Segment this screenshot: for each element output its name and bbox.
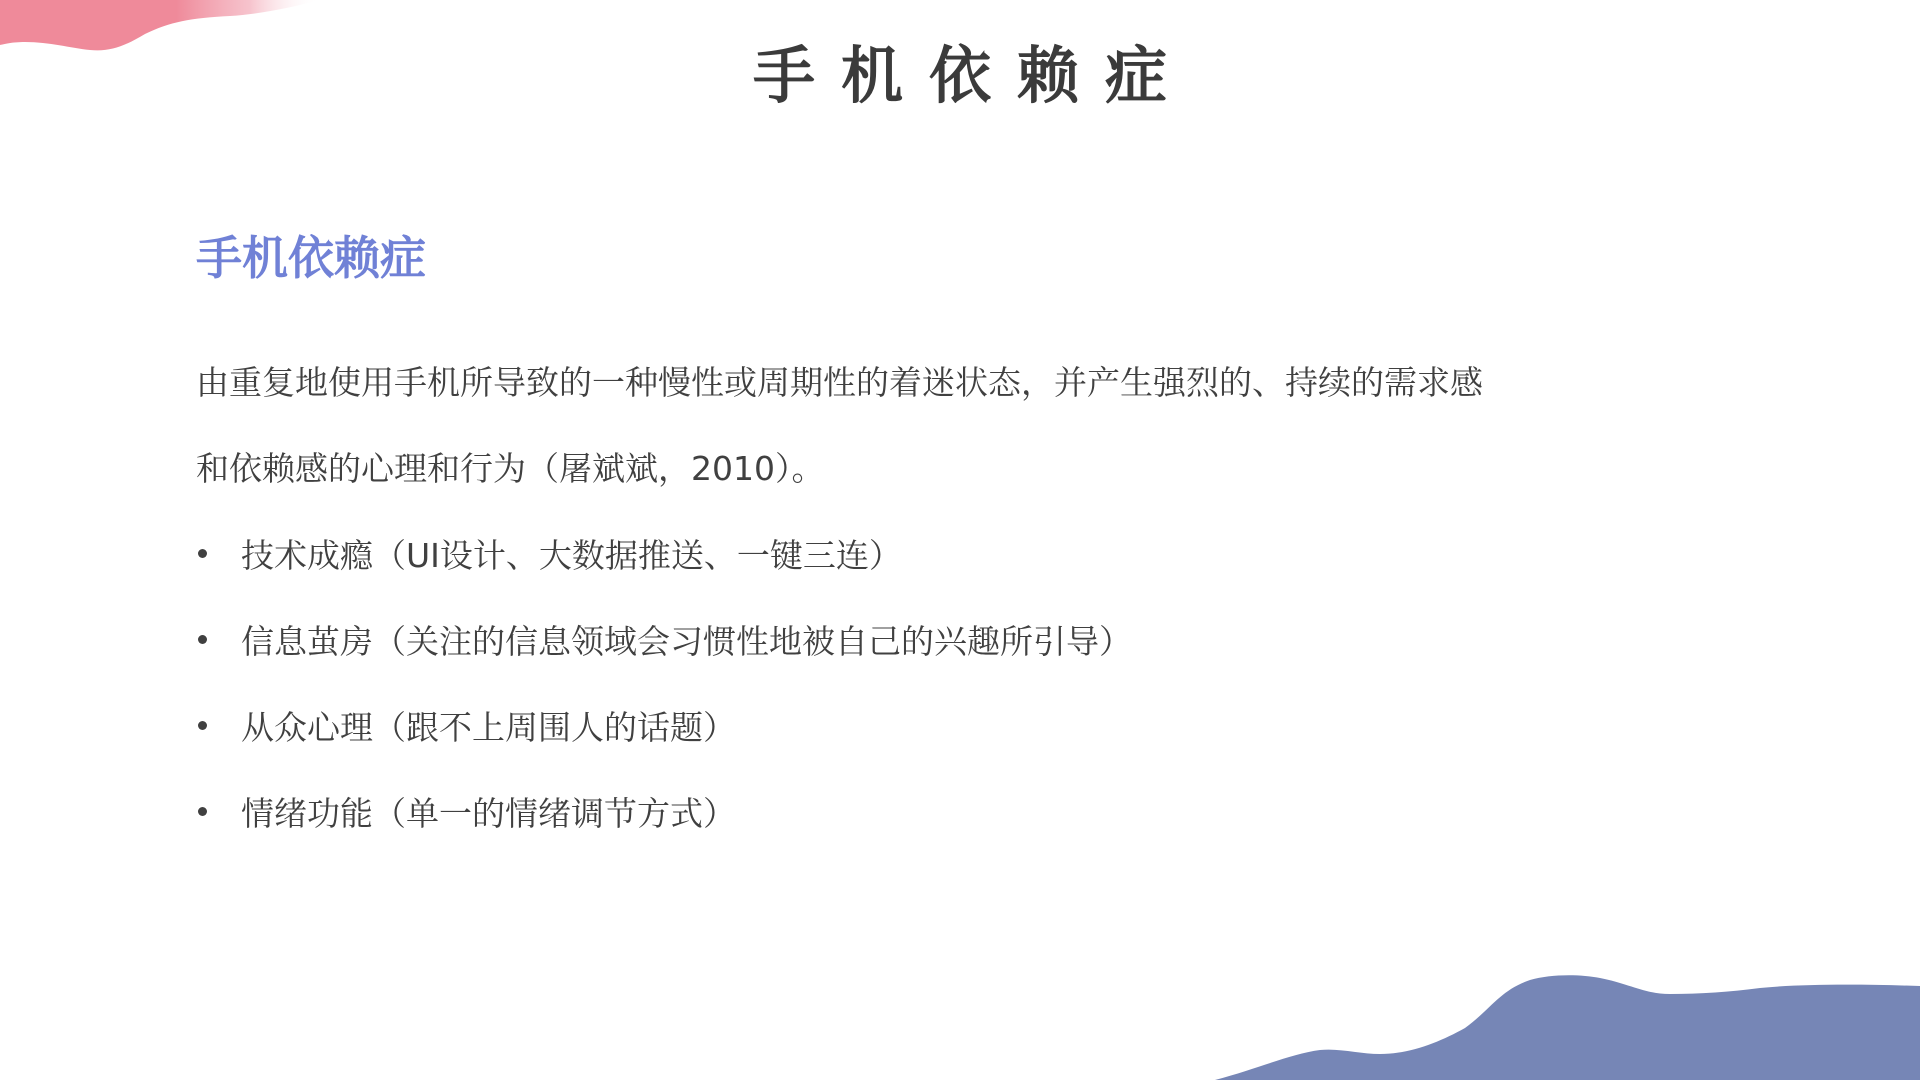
bullet-dot-icon <box>198 807 207 816</box>
bullet-dot-icon <box>198 549 207 558</box>
bullet-item-tech-addiction: 技术成瘾（UI设计、大数据推送、一键三连） <box>196 510 1132 596</box>
definition-paragraph: 由重复地使用手机所导致的一种慢性或周期性的着迷状态，并产生强烈的、持续的需求感 … <box>196 340 1656 512</box>
slide-title: 手机依赖症 <box>0 36 1920 116</box>
section-heading: 手机依赖症 <box>196 226 426 290</box>
bullet-item-emotional-function: 情绪功能（单一的情绪调节方式） <box>196 768 1132 854</box>
bullet-item-information-cocoon: 信息茧房（关注的信息领域会习惯性地被自己的兴趣所引导） <box>196 596 1132 682</box>
bullet-dot-icon <box>198 721 207 730</box>
bullet-dot-icon <box>198 635 207 644</box>
bullet-text: 信息茧房（关注的信息领域会习惯性地被自己的兴趣所引导） <box>241 616 1132 663</box>
bullet-text: 情绪功能（单一的情绪调节方式） <box>241 788 736 835</box>
definition-line-1: 由重复地使用手机所导致的一种慢性或周期性的着迷状态，并产生强烈的、持续的需求感 <box>196 340 1656 426</box>
bullet-item-conformity: 从众心理（跟不上周围人的话题） <box>196 682 1132 768</box>
bullet-list: 技术成瘾（UI设计、大数据推送、一键三连） 信息茧房（关注的信息领域会习惯性地被… <box>196 510 1132 854</box>
decorative-wave-bottom-right <box>1200 950 1920 1080</box>
definition-line-2: 和依赖感的心理和行为（屠斌斌，2010）。 <box>196 426 1656 512</box>
bullet-text: 技术成瘾（UI设计、大数据推送、一键三连） <box>241 530 902 577</box>
bullet-text: 从众心理（跟不上周围人的话题） <box>241 702 736 749</box>
